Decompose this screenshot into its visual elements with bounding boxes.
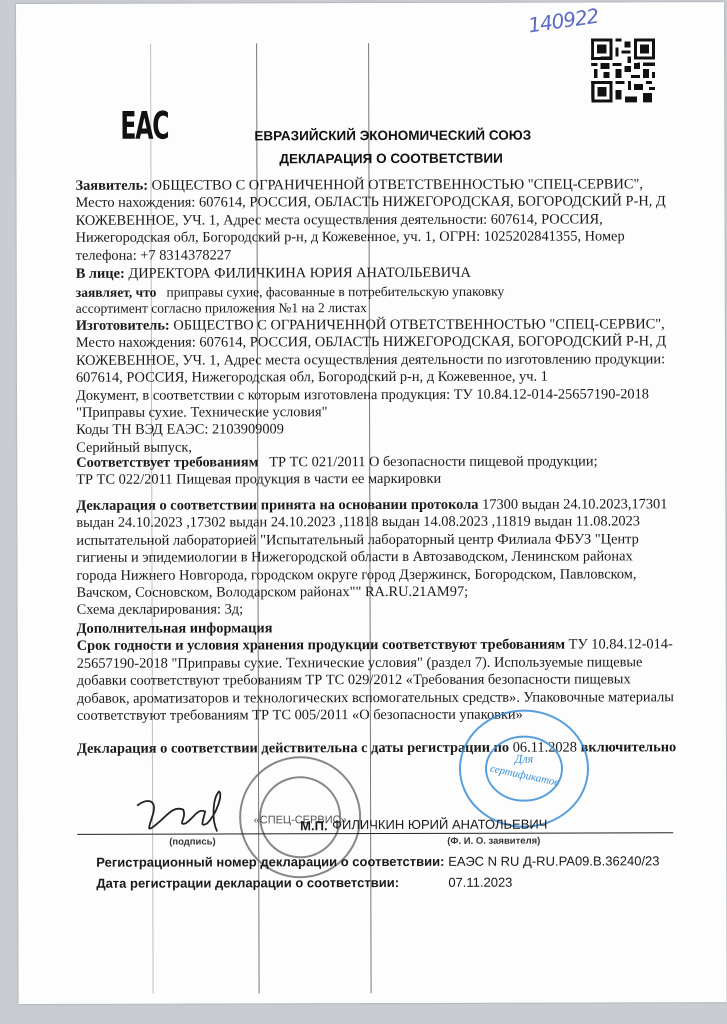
declaration-scheme: Схема декларирования: 3д; [77, 601, 677, 620]
applicant-label: Заявитель: [75, 178, 148, 194]
declares-section: заявляет, что приправы сухие, фасованные… [76, 283, 676, 317]
declares-label: заявляет, что [76, 285, 157, 300]
representative-label: В лице: [76, 266, 125, 282]
document-title: ДЕКЛАРАЦИЯ О СООТВЕТСТВИИ [279, 151, 502, 167]
applicant-section: Заявитель: ОБЩЕСТВО С ОГРАНИЧЕННОЙ ОТВЕТ… [75, 176, 675, 265]
applicant-text: ОБЩЕСТВО С ОГРАНИЧЕННОЙ ОТВЕТСТВЕННОСТЬЮ… [76, 176, 666, 263]
compliance-section: Соответствует требованиям ТР ТС 021/2011… [76, 453, 676, 489]
additional-heading: Дополнительная информация [77, 619, 677, 638]
signature-caption: (подпись) [169, 836, 216, 847]
seal-label: М.П. [300, 818, 327, 833]
registration-number-value: ЕАЭС N RU Д-RU.PA09.B.36240/23 [448, 853, 659, 869]
registration-date-label: Дата регистрации декларации о соответств… [96, 875, 399, 891]
union-title: ЕВРАЗИЙСКИЙ ЭКОНОМИЧЕСКИЙ СОЮЗ [254, 128, 531, 144]
manufacturer-label: Изготовитель: [76, 318, 170, 334]
qr-code-icon [591, 38, 655, 102]
compliance-line-2: ТР ТС 022/2011 Пищевая продукция в части… [76, 471, 676, 490]
representative-text: ДИРЕКТОРА ФИЛИЧКИНА ЮРИЯ АНАТОЛЬЕВИЧА [128, 265, 471, 282]
compliance-label: Соответствует требованиям [76, 454, 258, 470]
name-caption: (Ф. И. О. заявителя) [447, 836, 540, 847]
manufacturer-document: Документ, в соответствии с которым изгот… [76, 386, 676, 422]
basis-section: Декларация о соответствии принята на осн… [76, 496, 676, 619]
shelf-life-label: Срок годности и условия хранения продукц… [77, 637, 565, 654]
assortment-text: ассортимент согласно приложения №1 на 2 … [76, 299, 676, 317]
tn-ved-codes: Коды ТН ВЭД ЕАЭС: 2103909009 [76, 421, 676, 440]
representative-section: В лице: ДИРЕКТОРА ФИЛИЧКИНА ЮРИЯ АНАТОЛЬ… [76, 264, 676, 283]
declares-text: приправы сухие, фасованные в потребитель… [167, 284, 505, 300]
validity-suffix: включительно [581, 739, 677, 755]
signature-line [77, 832, 673, 835]
signer-name: ФИЛИЧКИН ЮРИЙ АНАТОЛЬЕВИЧ [332, 817, 547, 833]
basis-label: Декларация о соответствии принята на осн… [76, 497, 478, 514]
registration-number-label: Регистрационный номер декларации о соотв… [96, 854, 444, 870]
validity-section: Декларация о соответствии действительна … [77, 739, 717, 758]
declaration-page: 140922 ЕАС ЕВРАЗИЙСКИЙ ЭКОНОМИЧЕСКИЙ СОЮ… [16, 2, 727, 1004]
registration-date-value: 07.11.2023 [448, 875, 512, 890]
eac-logo: ЕАС [120, 104, 168, 148]
manufacturer-section: Изготовитель: ОБЩЕСТВО С ОГРАНИЧЕННОЙ ОТ… [76, 316, 676, 457]
compliance-line-1: ТР ТС 021/2011 О безопасности пищевой пр… [269, 453, 597, 470]
handwritten-note: 140922 [527, 4, 600, 38]
stamp-text-1: Для [514, 752, 534, 766]
